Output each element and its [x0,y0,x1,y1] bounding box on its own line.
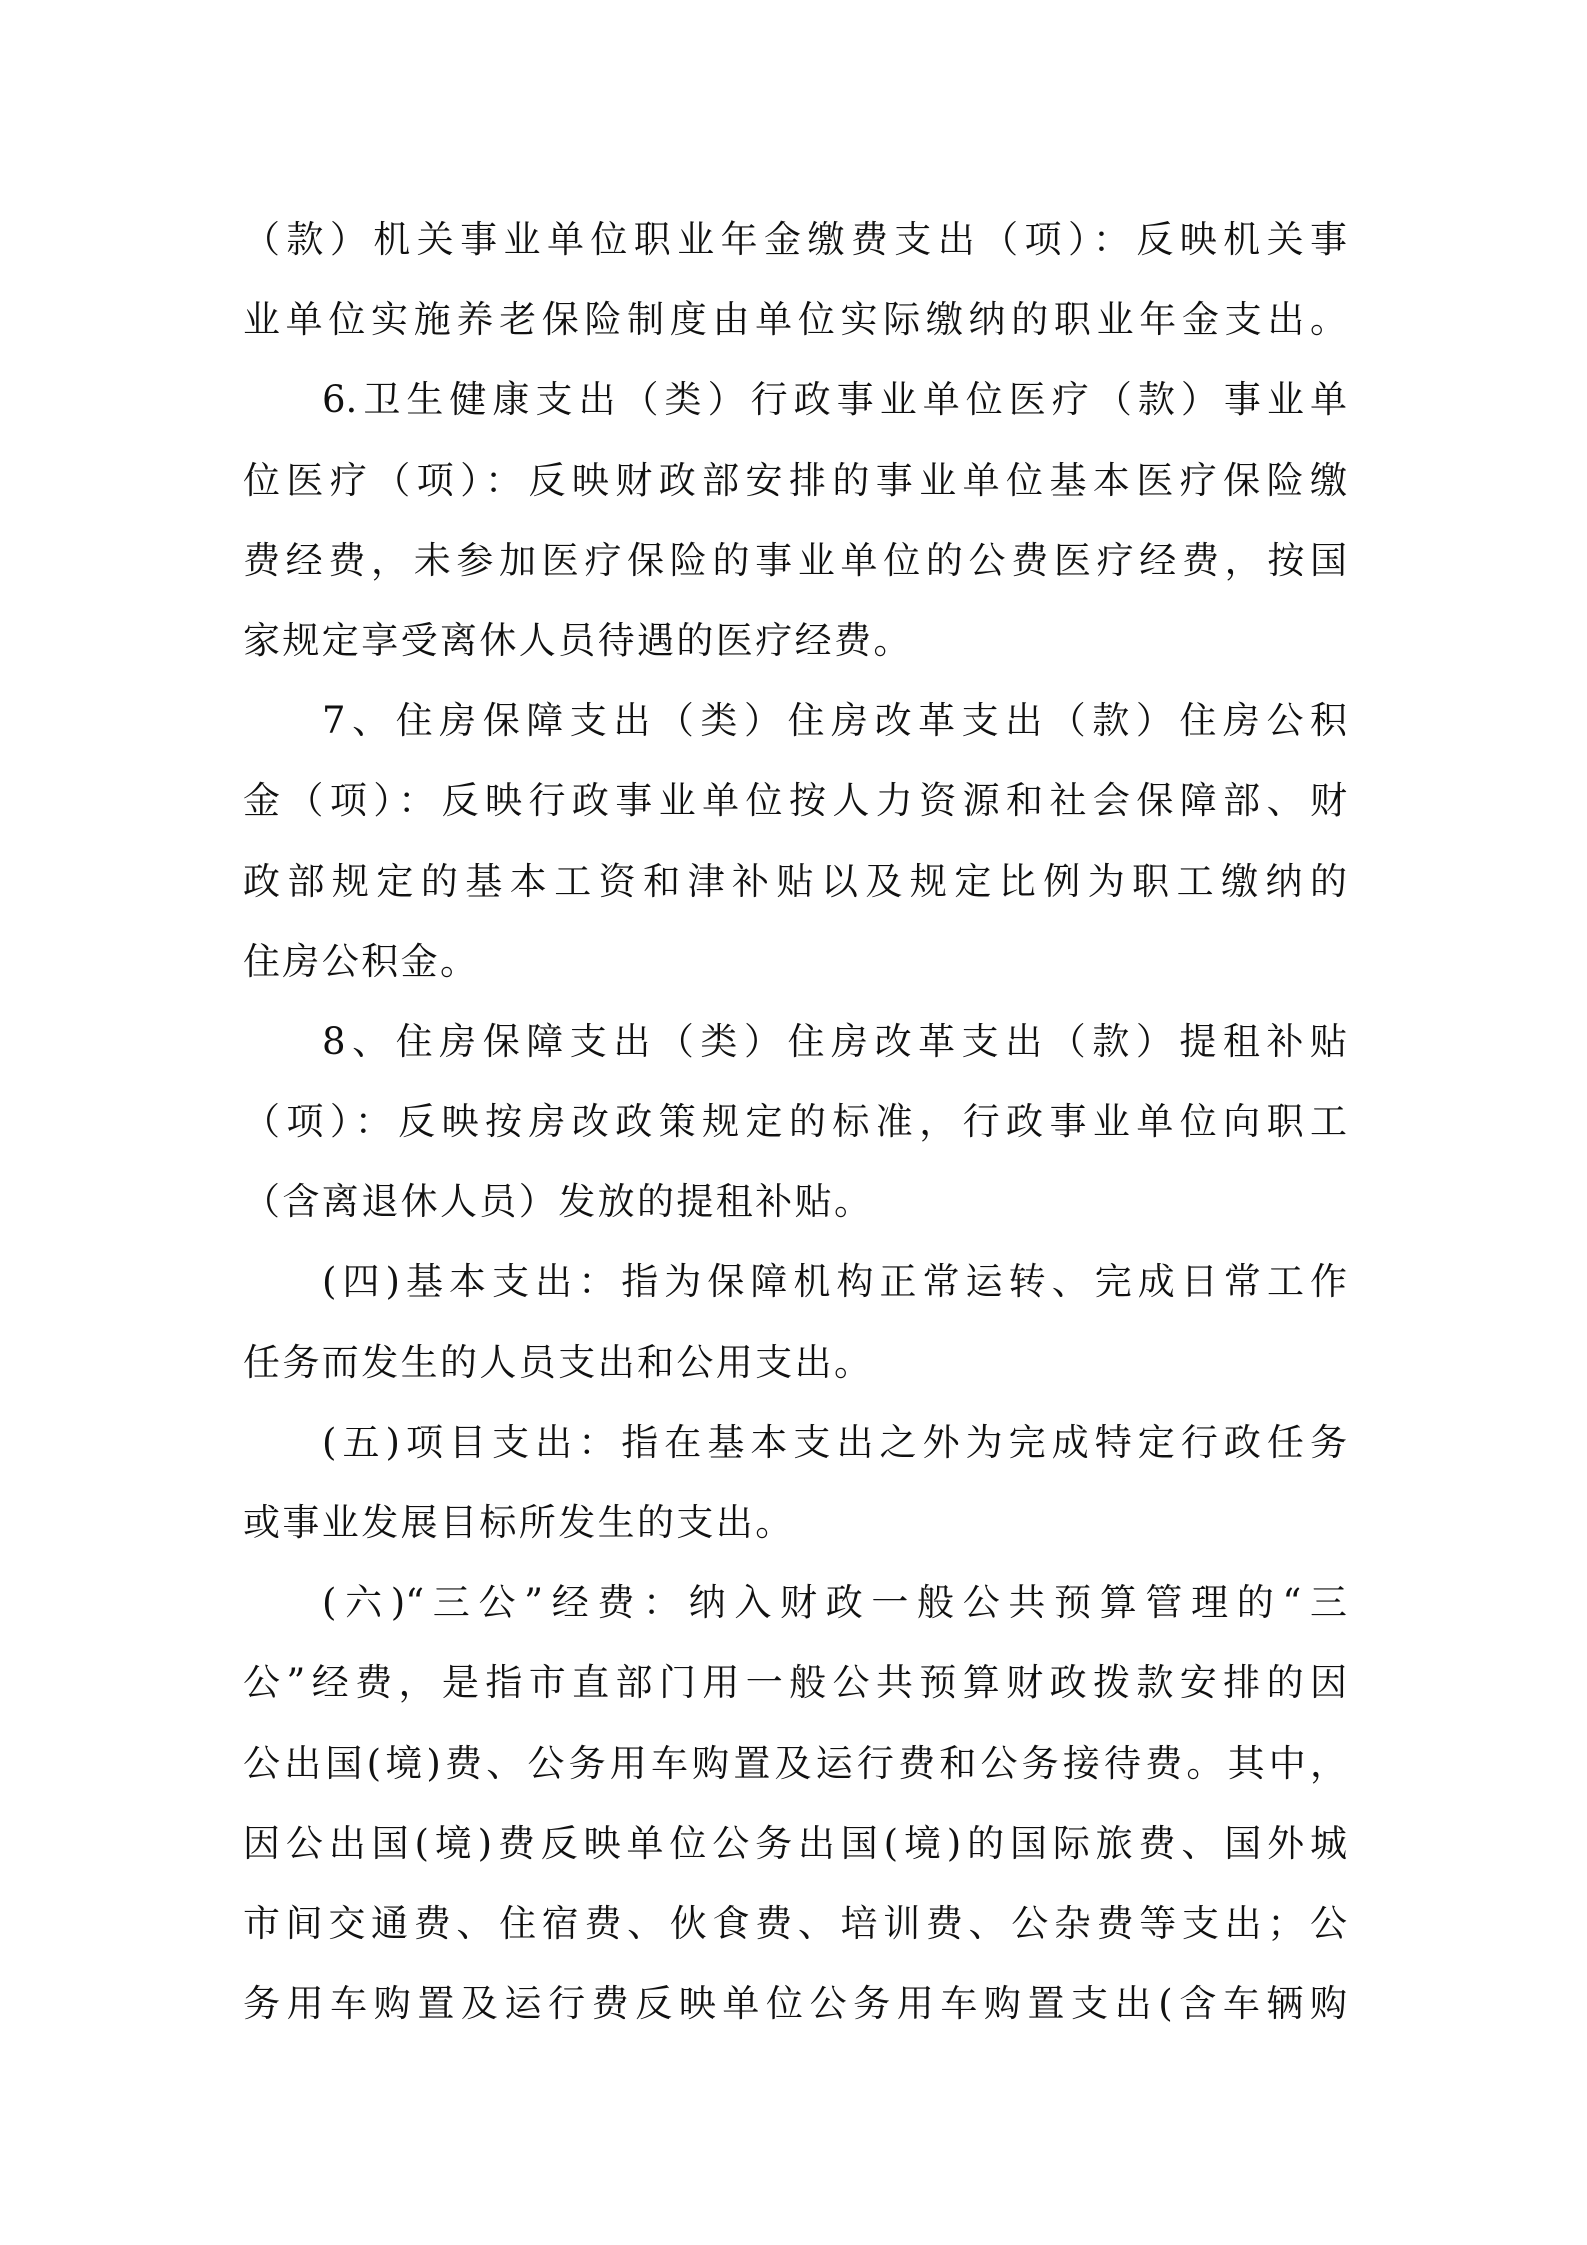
paragraph-rent-subsidy: 8、住房保障支出（类）住房改革支出（款）提租补贴 （项）：反映按房改政策规定的标… [243,1002,1347,1243]
text-line: 任务而发生的人员支出和公用支出。 [243,1323,1347,1403]
text-line: 8、住房保障支出（类）住房改革支出（款）提租补贴 [243,1002,1347,1082]
paragraph-housing-provident-fund: 7、住房保障支出（类）住房改革支出（款）住房公积 金（项）：反映行政事业单位按人… [243,681,1347,1002]
text-line: 业单位实施养老保险制度由单位实际缴纳的职业年金支出。 [243,280,1347,360]
paragraph-three-public-expenses: (六)“三公”经费：纳入财政一般公共预算管理的“三 公”经费，是指市直部门用一般… [243,1563,1347,2044]
text-line: 或事业发展目标所发生的支出。 [243,1483,1347,1563]
paragraph-health-expenditure: 6.卫生健康支出（类）行政事业单位医疗（款）事业单 位医疗（项）：反映财政部安排… [243,360,1347,681]
text-line: （含离退休人员）发放的提租补贴。 [243,1162,1347,1242]
text-line: 政部规定的基本工资和津补贴以及规定比例为职工缴纳的 [243,842,1347,922]
paragraph-project-expenditure: (五)项目支出：指在基本支出之外为完成特定行政任务 或事业发展目标所发生的支出。 [243,1403,1347,1563]
text-line: 费经费，未参加医疗保险的事业单位的公费医疗经费，按国 [243,521,1347,601]
paragraph-basic-expenditure: (四)基本支出：指为保障机构正常运转、完成日常工作 任务而发生的人员支出和公用支… [243,1242,1347,1402]
text-line: 金（项）：反映行政事业单位按人力资源和社会保障部、财 [243,761,1347,841]
text-line: 6.卫生健康支出（类）行政事业单位医疗（款）事业单 [243,360,1347,440]
text-line: 7、住房保障支出（类）住房改革支出（款）住房公积 [243,681,1347,761]
document-body: （款）机关事业单位职业年金缴费支出（项）：反映机关事 业单位实施养老保险制度由单… [243,200,1347,2044]
text-line: 家规定享受离休人员待遇的医疗经费。 [243,601,1347,681]
text-line: 住房公积金。 [243,922,1347,1002]
text-line: 公出国(境)费、公务用车购置及运行费和公务接待费。其中， [243,1724,1347,1804]
text-line: (五)项目支出：指在基本支出之外为完成特定行政任务 [243,1403,1347,1483]
text-line: （项）：反映按房改政策规定的标准，行政事业单位向职工 [243,1082,1347,1162]
text-line: 市间交通费、住宿费、伙食费、培训费、公杂费等支出；公 [243,1884,1347,1964]
text-line: 因公出国(境)费反映单位公务出国(境)的国际旅费、国外城 [243,1804,1347,1884]
text-line: (四)基本支出：指为保障机构正常运转、完成日常工作 [243,1242,1347,1322]
text-line: 位医疗（项）：反映财政部安排的事业单位基本医疗保险缴 [243,441,1347,521]
document-page: （款）机关事业单位职业年金缴费支出（项）：反映机关事 业单位实施养老保险制度由单… [0,0,1587,2245]
text-line: （款）机关事业单位职业年金缴费支出（项）：反映机关事 [243,200,1347,280]
text-line: (六)“三公”经费：纳入财政一般公共预算管理的“三 [243,1563,1347,1643]
paragraph-pension-annuity-continued: （款）机关事业单位职业年金缴费支出（项）：反映机关事 业单位实施养老保险制度由单… [243,200,1347,360]
text-line: 务用车购置及运行费反映单位公务用车购置支出(含车辆购 [243,1964,1347,2044]
text-line: 公”经费，是指市直部门用一般公共预算财政拨款安排的因 [243,1643,1347,1723]
